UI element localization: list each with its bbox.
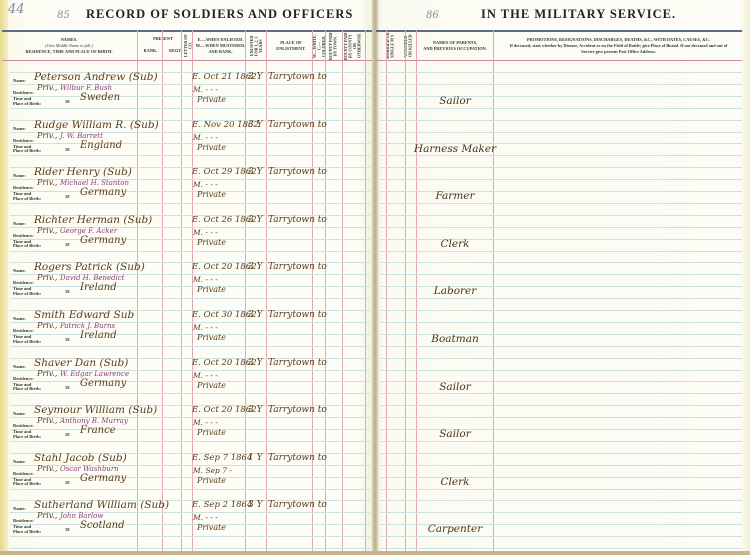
soldier-name: Richter Herman (Sub)	[34, 214, 152, 226]
name-label: Name:	[13, 127, 26, 132]
enlisted-date: E. Oct 21 1862	[192, 72, 257, 82]
soldier-entry: Name: Stahl Jacob (Sub) Residence: Priv.…	[0, 456, 750, 503]
previous-occupation: Sailor	[439, 428, 471, 440]
previous-occupation: Sailor	[439, 381, 471, 393]
residence-label: Residence:	[13, 139, 34, 144]
column-header-row-right: Married or Single M S Wounded or Killed …	[376, 30, 742, 61]
residence-value: Priv., George F. Acker	[37, 226, 117, 235]
mustered-date: M. Sep 7 -	[193, 466, 232, 475]
header-place-line2: ENLISTMENT.	[276, 46, 305, 52]
place-of-enlistment: Tarrytown to	[268, 358, 327, 368]
page-mark-right: 86	[426, 10, 439, 21]
header-names-detail: Residence, Time and Place of Birth.	[25, 49, 112, 55]
year-prefix: 18	[65, 99, 70, 104]
residence-witness: Wilbur F. Bush	[60, 84, 112, 92]
soldier-entry: Name: Rudge William R. (Sub) Residence: …	[0, 123, 750, 170]
birthplace: Germany	[80, 187, 126, 198]
mustered-date: M. - - -	[193, 85, 218, 94]
name-label: Name:	[13, 317, 26, 322]
place-of-enlistment: Tarrytown to	[268, 120, 327, 130]
mustered-date: M. - - -	[193, 418, 218, 427]
name-label: Name:	[13, 222, 26, 227]
residence-rank: Priv.,	[37, 369, 57, 378]
residence-label: Residence:	[13, 472, 34, 477]
header-place-of-enlistment: PLACE OF ENLISTMENT.	[268, 32, 314, 60]
residence-label: Residence:	[13, 377, 34, 382]
residence-label: Residence:	[13, 234, 34, 239]
mustered-date: M. - - -	[193, 323, 218, 332]
residence-value: Priv., John Barlow	[37, 511, 103, 520]
residence-value: Priv., David H. Benedict	[37, 273, 125, 282]
birthplace: Ireland	[80, 330, 117, 341]
soldier-name: Seymour William (Sub)	[34, 404, 157, 416]
name-label: Name:	[13, 412, 26, 417]
term-of-service: 3 Y	[248, 358, 263, 368]
residence-label: Residence:	[13, 281, 34, 286]
time-place-label-2: Place of Birth:	[13, 292, 41, 297]
name-label: Name:	[13, 460, 26, 465]
rank: Private	[197, 285, 226, 294]
year-prefix: 18	[65, 432, 70, 437]
soldier-entry: Name: Rogers Patrick (Sub) Residence: Pr…	[0, 265, 750, 312]
year-prefix: 18	[65, 337, 70, 342]
column-header-row: NAMES. (Give Middle Name in full.) Resid…	[2, 30, 374, 61]
birthplace: England	[80, 140, 122, 151]
enlisted-date: E. Sep 7 1864	[192, 453, 252, 463]
residence-value: Priv., Michael H. Stanton	[37, 178, 129, 187]
birthplace: France	[80, 425, 116, 436]
previous-occupation: Carpenter	[428, 523, 482, 535]
residence-rank: Priv.,	[37, 83, 57, 92]
previous-occupation: Boatman	[431, 333, 479, 345]
year-prefix: 18	[65, 289, 70, 294]
place-of-enlistment: Tarrytown to	[268, 453, 327, 463]
ruled-line	[380, 72, 742, 73]
header-present-rank: RANK.	[138, 42, 163, 60]
enlisted-date: E. Oct 26 1862	[192, 215, 257, 225]
year-prefix: 18	[65, 385, 70, 390]
header-bounty-town-text: Bounty Paid by Town.	[329, 32, 338, 60]
page-title-right: IN THE MILITARY SERVICE.	[481, 7, 676, 22]
residence-value: Priv., Anthony B. Murray	[37, 416, 128, 425]
residence-rank: Priv.,	[37, 273, 57, 282]
residence-label: Residence:	[13, 91, 34, 96]
enlisted-date: E. Oct 20 1862	[192, 262, 257, 272]
residence-witness: J. W. Barrett	[60, 132, 103, 140]
soldier-entry: Name: Sutherland William (Sub) Residence…	[0, 503, 750, 550]
rank: Private	[197, 95, 226, 104]
year-prefix: 18	[65, 242, 70, 247]
enlisted-date: E. Oct 20 1862	[192, 358, 257, 368]
header-bounty-town: Bounty Paid by Town.	[327, 32, 340, 60]
residence-value: Priv., Wilbur F. Bush	[37, 83, 112, 92]
year-prefix: 18	[65, 480, 70, 485]
header-term: Enlisted for 1, 2, 3 Years	[248, 32, 266, 60]
soldier-entry: Name: Richter Herman (Sub) Residence: Pr…	[0, 218, 750, 265]
header-enlisted-line3: AND RANK.	[208, 49, 232, 55]
soldier-name: Shaver Dan (Sub)	[34, 357, 128, 369]
birthplace: Ireland	[80, 282, 117, 293]
time-place-label-2: Place of Birth:	[13, 482, 41, 487]
residence-rank: Priv.,	[37, 226, 57, 235]
residence-value: Priv., Patrick J. Burns	[37, 321, 115, 330]
time-place-label-2: Place of Birth:	[13, 244, 41, 249]
enlisted-date: E. Sep 2 1864	[192, 500, 252, 510]
time-place-label-2: Place of Birth:	[13, 102, 41, 107]
time-place-label-2: Place of Birth:	[13, 530, 41, 535]
name-label: Name:	[13, 174, 26, 179]
header-wounded: Wounded or Killed	[401, 32, 415, 60]
rank: Private	[197, 476, 226, 485]
residence-rank: Priv.,	[37, 131, 57, 140]
residence-rank: Priv.,	[37, 416, 57, 425]
header-enlisted: E.—WHEN ENLISTED. M.—WHEN MUSTERED. AND …	[194, 32, 247, 60]
soldier-name: Rudge William R. (Sub)	[34, 119, 159, 131]
residence-rank: Priv.,	[37, 464, 57, 473]
residence-label: Residence:	[13, 424, 34, 429]
soldier-name: Stahl Jacob (Sub)	[34, 452, 127, 464]
soldier-entry: Name: Smith Edward Sub Residence: Priv.,…	[0, 313, 750, 360]
soldier-name: Smith Edward Sub	[34, 309, 134, 321]
soldier-name: Rider Henry (Sub)	[34, 166, 132, 178]
residence-witness: Anthony B. Murray	[60, 417, 128, 425]
residence-witness: Patrick J. Burns	[60, 322, 115, 330]
header-parents: NAMES OF PARENTS, AND PREVIOUS OCCUPATIO…	[418, 32, 492, 60]
residence-value: Priv., W. Edgar Lawrence	[37, 369, 129, 378]
term-of-service: 3 Y	[248, 167, 263, 177]
birthplace: Germany	[80, 235, 126, 246]
mustered-date: M. - - -	[193, 275, 218, 284]
residence-label: Residence:	[13, 519, 34, 524]
previous-occupation: Farmer	[435, 190, 474, 202]
residence-value: Priv., J. W. Barrett	[37, 131, 103, 140]
year-prefix: 18	[65, 147, 70, 152]
page-mark-left: 85	[57, 10, 70, 21]
rank: Private	[197, 333, 226, 342]
term-of-service: 3 Y	[248, 405, 263, 415]
header-bounty-county-text: Bounty Paid by County or Otherwise	[344, 32, 362, 60]
header-bounty-county: Bounty Paid by County or Otherwise	[342, 32, 364, 60]
mustered-date: M. - - -	[193, 180, 218, 189]
enlisted-date: E. Oct 30 1862	[192, 310, 257, 320]
birthplace: Scotland	[80, 520, 125, 531]
place-of-enlistment: Tarrytown to	[268, 215, 327, 225]
place-of-enlistment: Tarrytown to	[268, 262, 327, 272]
soldier-entry: Name: Rider Henry (Sub) Residence: Priv.…	[0, 170, 750, 217]
mustered-date: M. - - -	[193, 513, 218, 522]
header-parents-line2: AND PREVIOUS OCCUPATION.	[423, 46, 486, 52]
header-term-text: Enlisted for 1, 2, 3 Years	[250, 32, 264, 60]
header-promotions-line2: If deceased, state whether by Disease, A…	[496, 43, 741, 55]
birthplace: Sweden	[80, 92, 120, 103]
soldier-name: Sutherland William (Sub)	[34, 499, 169, 511]
residence-witness: George F. Acker	[60, 227, 117, 235]
term-of-service: 1 Y	[248, 453, 263, 463]
residence-witness: Michael H. Stanton	[60, 179, 129, 187]
name-label: Name:	[13, 365, 26, 370]
name-label: Name:	[13, 269, 26, 274]
place-of-enlistment: Tarrytown to	[268, 310, 327, 320]
birthplace: Germany	[80, 378, 126, 389]
term-of-service: 3 Y	[248, 310, 263, 320]
mustered-date: M. - - -	[193, 133, 218, 142]
page-bottom-edge	[0, 551, 750, 555]
residence-value: Priv., Oscar Washburn	[37, 464, 119, 473]
soldier-entry: Name: Peterson Andrew (Sub) Residence: P…	[0, 75, 750, 122]
term-of-service: 3 Y	[248, 72, 263, 82]
enlisted-date: E. Oct 29 1862	[192, 167, 257, 177]
header-names: NAMES. (Give Middle Name in full.) Resid…	[2, 32, 136, 60]
folio-number: 44	[8, 2, 25, 17]
previous-occupation: Clerk	[441, 476, 470, 488]
residence-label: Residence:	[13, 186, 34, 191]
residence-rank: Priv.,	[37, 511, 57, 520]
residence-witness: Oscar Washburn	[60, 465, 119, 473]
previous-occupation: Harness Maker	[414, 143, 496, 155]
place-of-enlistment: Tarrytown to	[268, 72, 327, 82]
residence-witness: John Barlow	[60, 512, 103, 520]
place-of-enlistment: Tarrytown to	[268, 167, 327, 177]
soldier-entry: Name: Seymour William (Sub) Residence: P…	[0, 408, 750, 455]
time-place-label-2: Place of Birth:	[13, 149, 41, 154]
term-of-service: 3 Y	[248, 262, 263, 272]
time-place-label-2: Place of Birth:	[13, 435, 41, 440]
mustered-date: M. - - -	[193, 371, 218, 380]
soldier-name: Rogers Patrick (Sub)	[34, 261, 145, 273]
place-of-enlistment: Tarrytown to	[268, 405, 327, 415]
year-prefix: 18	[65, 194, 70, 199]
name-label: Name:	[13, 79, 26, 84]
residence-witness: David H. Benedict	[60, 274, 125, 282]
time-place-label-2: Place of Birth:	[13, 197, 41, 202]
rank: Private	[197, 428, 226, 437]
rank: Private	[197, 523, 226, 532]
residence-label: Residence:	[13, 329, 34, 334]
header-promotions: PROMOTIONS, RESIGNATIONS, DISCHARGES, DE…	[496, 32, 741, 60]
previous-occupation: Laborer	[434, 285, 477, 297]
birthplace: Germany	[80, 473, 126, 484]
rank: Private	[197, 143, 226, 152]
page-title-left: RECORD OF SOLDIERS AND OFFICERS	[86, 7, 353, 22]
enlisted-date: E. Oct 20 1862	[192, 405, 257, 415]
term-of-service: 3 Y	[248, 215, 263, 225]
rank: Private	[197, 238, 226, 247]
name-label: Name:	[13, 507, 26, 512]
soldier-entry: Name: Shaver Dan (Sub) Residence: Priv.,…	[0, 361, 750, 408]
place-of-enlistment: Tarrytown to	[268, 500, 327, 510]
residence-witness: W. Edgar Lawrence	[60, 370, 129, 378]
previous-occupation: Clerk	[441, 238, 470, 250]
mustered-date: M. - - -	[193, 228, 218, 237]
rank: Private	[197, 190, 226, 199]
year-prefix: 18	[65, 527, 70, 532]
previous-occupation: Sailor	[439, 95, 471, 107]
time-place-label-2: Place of Birth:	[13, 387, 41, 392]
term-of-service: 3 Y	[248, 500, 263, 510]
ledger-book: 44 85 RECORD OF SOLDIERS AND OFFICERS NA…	[0, 0, 750, 555]
residence-rank: Priv.,	[37, 178, 57, 187]
soldier-name: Peterson Andrew (Sub)	[34, 71, 158, 83]
term-of-service: 3 Y	[248, 120, 263, 130]
rank: Private	[197, 381, 226, 390]
residence-rank: Priv.,	[37, 321, 57, 330]
time-place-label-2: Place of Birth:	[13, 340, 41, 345]
